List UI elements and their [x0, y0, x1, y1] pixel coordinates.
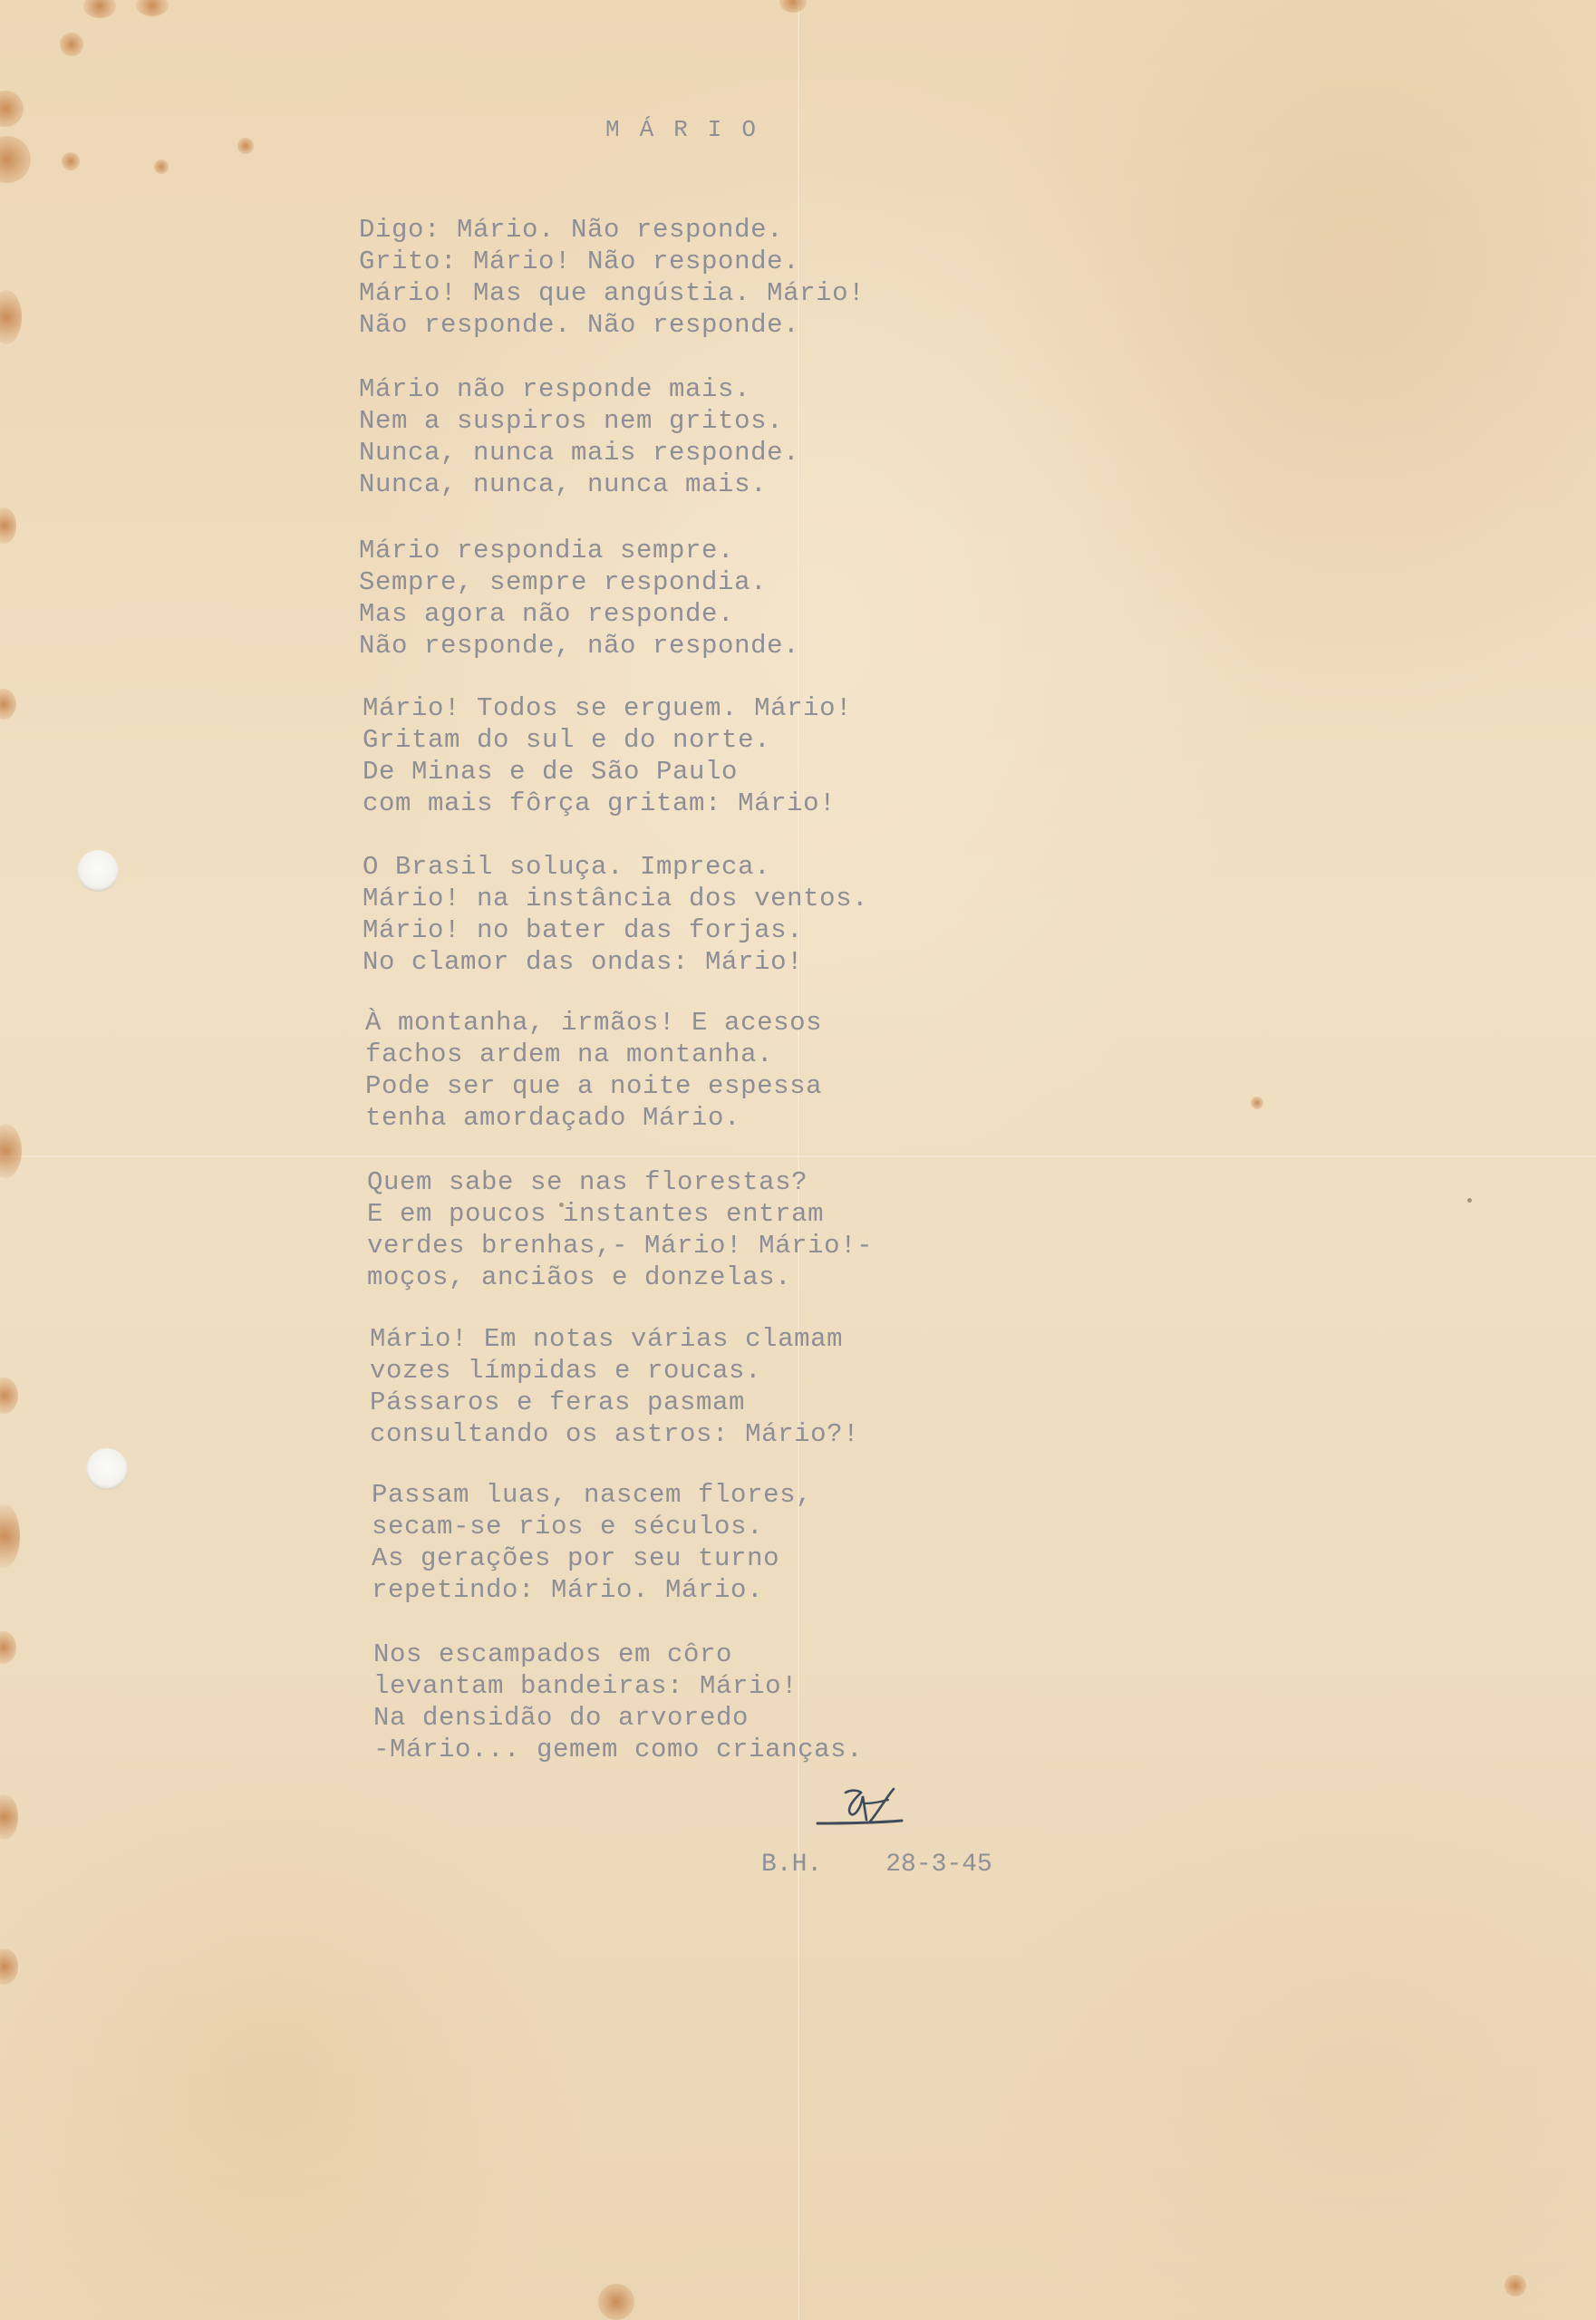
poem-line: Pássaros e feras pasmam [370, 1387, 859, 1418]
poem-line: Nunca, nunca mais responde. [359, 437, 799, 469]
poem-line: Não responde. Não responde. [359, 309, 865, 341]
speck [1467, 1198, 1472, 1203]
poem-line: levantam bandeiras: Mário! [373, 1670, 863, 1702]
poem-line: Nem a suspiros nem gritos. [359, 405, 799, 437]
poem-line: Digo: Mário. Não responde. [359, 214, 865, 246]
poem-line: secam-se rios e séculos. [372, 1511, 812, 1542]
poem-line: tenha amordaçado Mário. [365, 1102, 822, 1134]
stanza: O Brasil soluça. Impreca.Mário! na instâ… [363, 851, 868, 978]
poem-line: O Brasil soluça. Impreca. [363, 851, 868, 883]
poem-line: Pode ser que a noite espessa [365, 1070, 822, 1102]
poem-line: Mário! na instância dos ventos. [363, 883, 868, 914]
poem-line: Quem sabe se nas florestas? [367, 1166, 873, 1198]
stanza: Mário! Todos se erguem. Mário!Gritam do … [363, 692, 852, 819]
poem-line: Na densidão do arvoredo [373, 1702, 863, 1734]
poem-line: Mas agora não responde. [359, 598, 799, 630]
poem-line: moços, anciãos e donzelas. [367, 1261, 873, 1293]
poem-line: -Mário... gemem como crianças. [373, 1734, 863, 1765]
stanza: Passam luas, nascem flores,secam-se rios… [372, 1479, 812, 1606]
poem-line: Passam luas, nascem flores, [372, 1479, 812, 1511]
stanza: À montanha, irmãos! E acesosfachos ardem… [365, 1007, 822, 1134]
place-abbreviation: B.H. [761, 1851, 822, 1879]
poem-line: Não responde, não responde. [359, 630, 799, 662]
poem-line: As gerações por seu turno [372, 1542, 812, 1574]
poem-line: com mais fôrça gritam: Mário! [363, 788, 852, 819]
poem-line: Mário não responde mais. [359, 373, 799, 405]
stanza: Mário não responde mais.Nem a suspiros n… [359, 373, 799, 500]
poem-line: Sempre, sempre respondia. [359, 566, 799, 598]
horizontal-fold-crease [0, 1155, 1596, 1158]
poem-title: MÁRIO [605, 116, 776, 143]
place-and-date: B.H.28-3-45 [761, 1851, 992, 1879]
poem-line: Mário! Em notas várias clamam [370, 1323, 859, 1355]
poem-line: Grito: Mário! Não responde. [359, 246, 865, 277]
poem-line: Gritam do sul e do norte. [363, 724, 852, 756]
handwritten-signature [816, 1783, 915, 1838]
punch-hole-lower [86, 1448, 128, 1490]
poem-line: fachos ardem na montanha. [365, 1039, 822, 1070]
poem-line: À montanha, irmãos! E acesos [365, 1007, 822, 1039]
poem-line: No clamor das ondas: Mário! [363, 946, 868, 978]
poem-line: De Minas e de São Paulo [363, 756, 852, 788]
poem-line: Nos escampados em côro [373, 1638, 863, 1670]
stanza: Mário! Em notas várias clamamvozes límpi… [370, 1323, 859, 1450]
date: 28-3-45 [885, 1851, 992, 1879]
poem-line: consultando os astros: Mário?! [370, 1418, 859, 1450]
poem-line: Mário! Mas que angústia. Mário! [359, 277, 865, 309]
poem-line: repetindo: Mário. Mário. [372, 1574, 812, 1606]
stanza: Digo: Mário. Não responde.Grito: Mário! … [359, 214, 865, 341]
poem-line: E em poucos instantes entram [367, 1198, 873, 1230]
poem-line: vozes límpidas e roucas. [370, 1355, 859, 1387]
stanza: Nos escampados em côrolevantam bandeiras… [373, 1638, 863, 1765]
poem-line: Mário respondia sempre. [359, 535, 799, 566]
stanza: Mário respondia sempre.Sempre, sempre re… [359, 535, 799, 662]
poem-line: Mário! no bater das forjas. [363, 914, 868, 946]
poem-line: Nunca, nunca, nunca mais. [359, 469, 799, 500]
punch-hole-upper [77, 850, 119, 892]
stanza: Quem sabe se nas florestas?E em poucos i… [367, 1166, 873, 1293]
poem-line: Mário! Todos se erguem. Mário! [363, 692, 852, 724]
vertical-fold-crease [798, 0, 800, 2320]
poem-line: verdes brenhas,- Mário! Mário!- [367, 1230, 873, 1261]
